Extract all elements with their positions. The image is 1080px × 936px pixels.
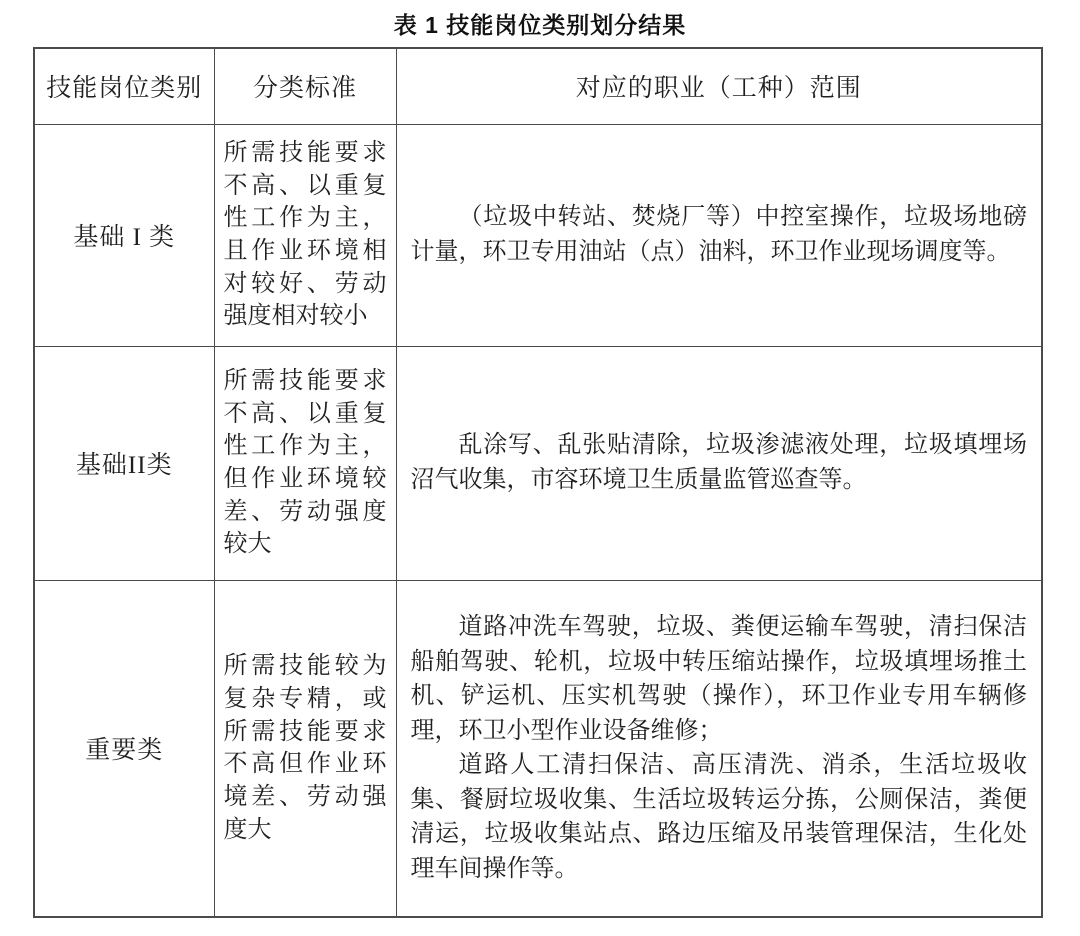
table-title: 表 1 技能岗位类别划分结果 xyxy=(0,0,1080,40)
category-basic-1: 基础 I 类 xyxy=(34,124,214,346)
header-row: 技能岗位类别 分类标准 对应的职业（工种）范围 xyxy=(34,48,1042,124)
standard-basic-1: 所需技能要求不高、以重复性工作为主，且作业环境相对较好、劳动强度相对较小 xyxy=(214,124,396,346)
table-row-major: 重要类 所需技能较为复杂专精，或所需技能要求不高但作业环境差、劳动强度大 道路冲… xyxy=(34,580,1042,917)
scope-paragraph: （垃圾中转站、焚烧厂等）中控室操作，垃圾场地磅计量，环卫专用油站（点）油料，环卫… xyxy=(411,200,1028,269)
header-standard: 分类标准 xyxy=(214,48,396,124)
scope-basic-1: （垃圾中转站、焚烧厂等）中控室操作，垃圾场地磅计量，环卫专用油站（点）油料，环卫… xyxy=(396,124,1042,346)
scope-paragraph: 道路冲洗车驾驶，垃圾、粪便运输车驾驶，清扫保洁船舶驾驶、轮机，垃圾中转压缩站操作… xyxy=(411,610,1028,748)
header-category: 技能岗位类别 xyxy=(34,48,214,124)
header-scope: 对应的职业（工种）范围 xyxy=(396,48,1042,124)
scope-paragraph: 道路人工清扫保洁、高压清洗、消杀，生活垃圾收集、餐厨垃圾收集、生活垃圾转运分拣，… xyxy=(411,748,1028,886)
category-basic-2: 基础II类 xyxy=(34,346,214,580)
scope-basic-2: 乱涂写、乱张贴清除，垃圾渗滤液处理，垃圾填埋场沼气收集，市容环境卫生质量监管巡查… xyxy=(396,346,1042,580)
scope-paragraph: 乱涂写、乱张贴清除，垃圾渗滤液处理，垃圾填埋场沼气收集，市容环境卫生质量监管巡查… xyxy=(411,428,1028,497)
category-major: 重要类 xyxy=(34,580,214,917)
table-row-basic-1: 基础 I 类 所需技能要求不高、以重复性工作为主，且作业环境相对较好、劳动强度相… xyxy=(34,124,1042,346)
table-row-basic-2: 基础II类 所需技能要求不高、以重复性工作为主，但作业环境较差、劳动强度较大 乱… xyxy=(34,346,1042,580)
standard-major: 所需技能较为复杂专精，或所需技能要求不高但作业环境差、劳动强度大 xyxy=(214,580,396,917)
skill-category-table: 技能岗位类别 分类标准 对应的职业（工种）范围 基础 I 类 所需技能要求不高、… xyxy=(33,47,1043,918)
standard-basic-2: 所需技能要求不高、以重复性工作为主，但作业环境较差、劳动强度较大 xyxy=(214,346,396,580)
scope-major: 道路冲洗车驾驶，垃圾、粪便运输车驾驶，清扫保洁船舶驾驶、轮机，垃圾中转压缩站操作… xyxy=(396,580,1042,917)
